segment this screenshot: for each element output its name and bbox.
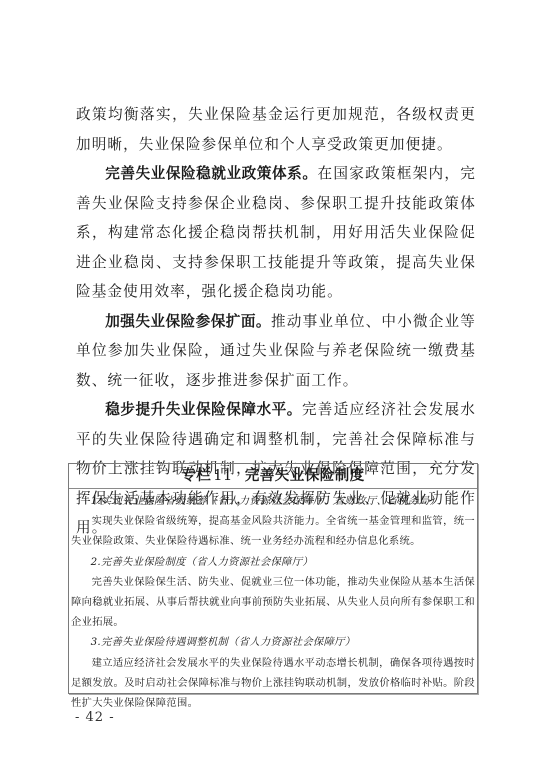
feature-box-label: 专栏	[181, 468, 211, 484]
box-item-heading: 3.完善失业保险待遇调整机制（省人力资源社会保障厅）	[71, 632, 475, 652]
paragraph-lead: 完善失业保险稳就业政策体系。	[105, 165, 317, 182]
feature-box-body: 1.实现失业保险省级统筹（省人力资源社会保障厅、省财政厅、省税务局） 实现失业保…	[69, 489, 477, 713]
box-item-heading: 1.实现失业保险省级统筹（省人力资源社会保障厅、省财政厅、省税务局）	[71, 491, 475, 511]
box-item-text: 建立适应经济社会发展水平的失业保险待遇水平动态增长机制，确保各项待遇按时足额发放…	[71, 653, 475, 714]
paragraph-text: 在国家政策框架内，完善失业保险支持参保企业稳岗、参保职工提升技能政策体系，构建常…	[76, 165, 476, 300]
feature-box-heading: 完善失业保险制度	[245, 468, 365, 484]
page-number: - 42 -	[75, 710, 115, 725]
feature-box: 专栏11完善失业保险制度 1.实现失业保险省级统筹（省人力资源社会保障厅、省财政…	[68, 463, 478, 694]
paragraph-lead: 加强失业保险参保扩面。	[105, 313, 271, 330]
feature-box-number: 11	[213, 468, 232, 484]
paragraph-stabilize-employment: 完善失业保险稳就业政策体系。在国家政策框架内，完善失业保险支持参保企业稳岗、参保…	[76, 159, 476, 307]
paragraph-continuation: 政策均衡落实，失业保险基金运行更加规范，各级权责更加明晰，失业保险参保单位和个人…	[76, 100, 476, 159]
box-item-text: 完善失业保险保生活、防失业、促就业三位一体功能，推动失业保险从基本生活保障向稳就…	[71, 572, 475, 633]
paragraph-text: 政策均衡落实，失业保险基金运行更加规范，各级权责更加明晰，失业保险参保单位和个人…	[76, 106, 476, 153]
box-item-text: 实现失业保险省级统筹，提高基金风险共济能力。全省统一基金管理和监管，统一失业保险…	[71, 511, 475, 551]
paragraph-lead: 稳步提升失业保险保障水平。	[105, 401, 302, 418]
feature-box-title: 专栏11完善失业保险制度	[69, 464, 477, 489]
paragraph-expand-coverage: 加强失业保险参保扩面。推动事业单位、中小微企业等单位参加失业保险，通过失业保险与…	[76, 307, 476, 396]
box-item-heading: 2.完善失业保险制度（省人力资源社会保障厅）	[71, 552, 475, 572]
